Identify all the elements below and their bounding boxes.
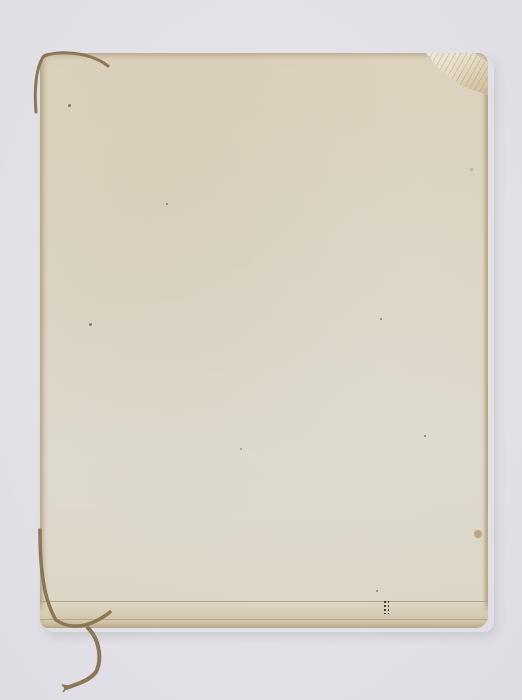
foxing-speck [470,168,473,171]
folio-page-edges [40,601,488,628]
ink-mark [383,600,389,614]
paper-folio [40,53,488,628]
foxing-speck [68,104,71,107]
foxing-speck [240,448,242,450]
folio-right-edge [483,73,488,618]
stain-spot [474,530,482,538]
foxing-speck [380,318,382,320]
foxing-speck [89,323,92,326]
foxing-speck [166,203,168,205]
foxing-speck [424,435,426,437]
torn-corner [426,53,488,95]
foxing-speck [376,590,378,592]
